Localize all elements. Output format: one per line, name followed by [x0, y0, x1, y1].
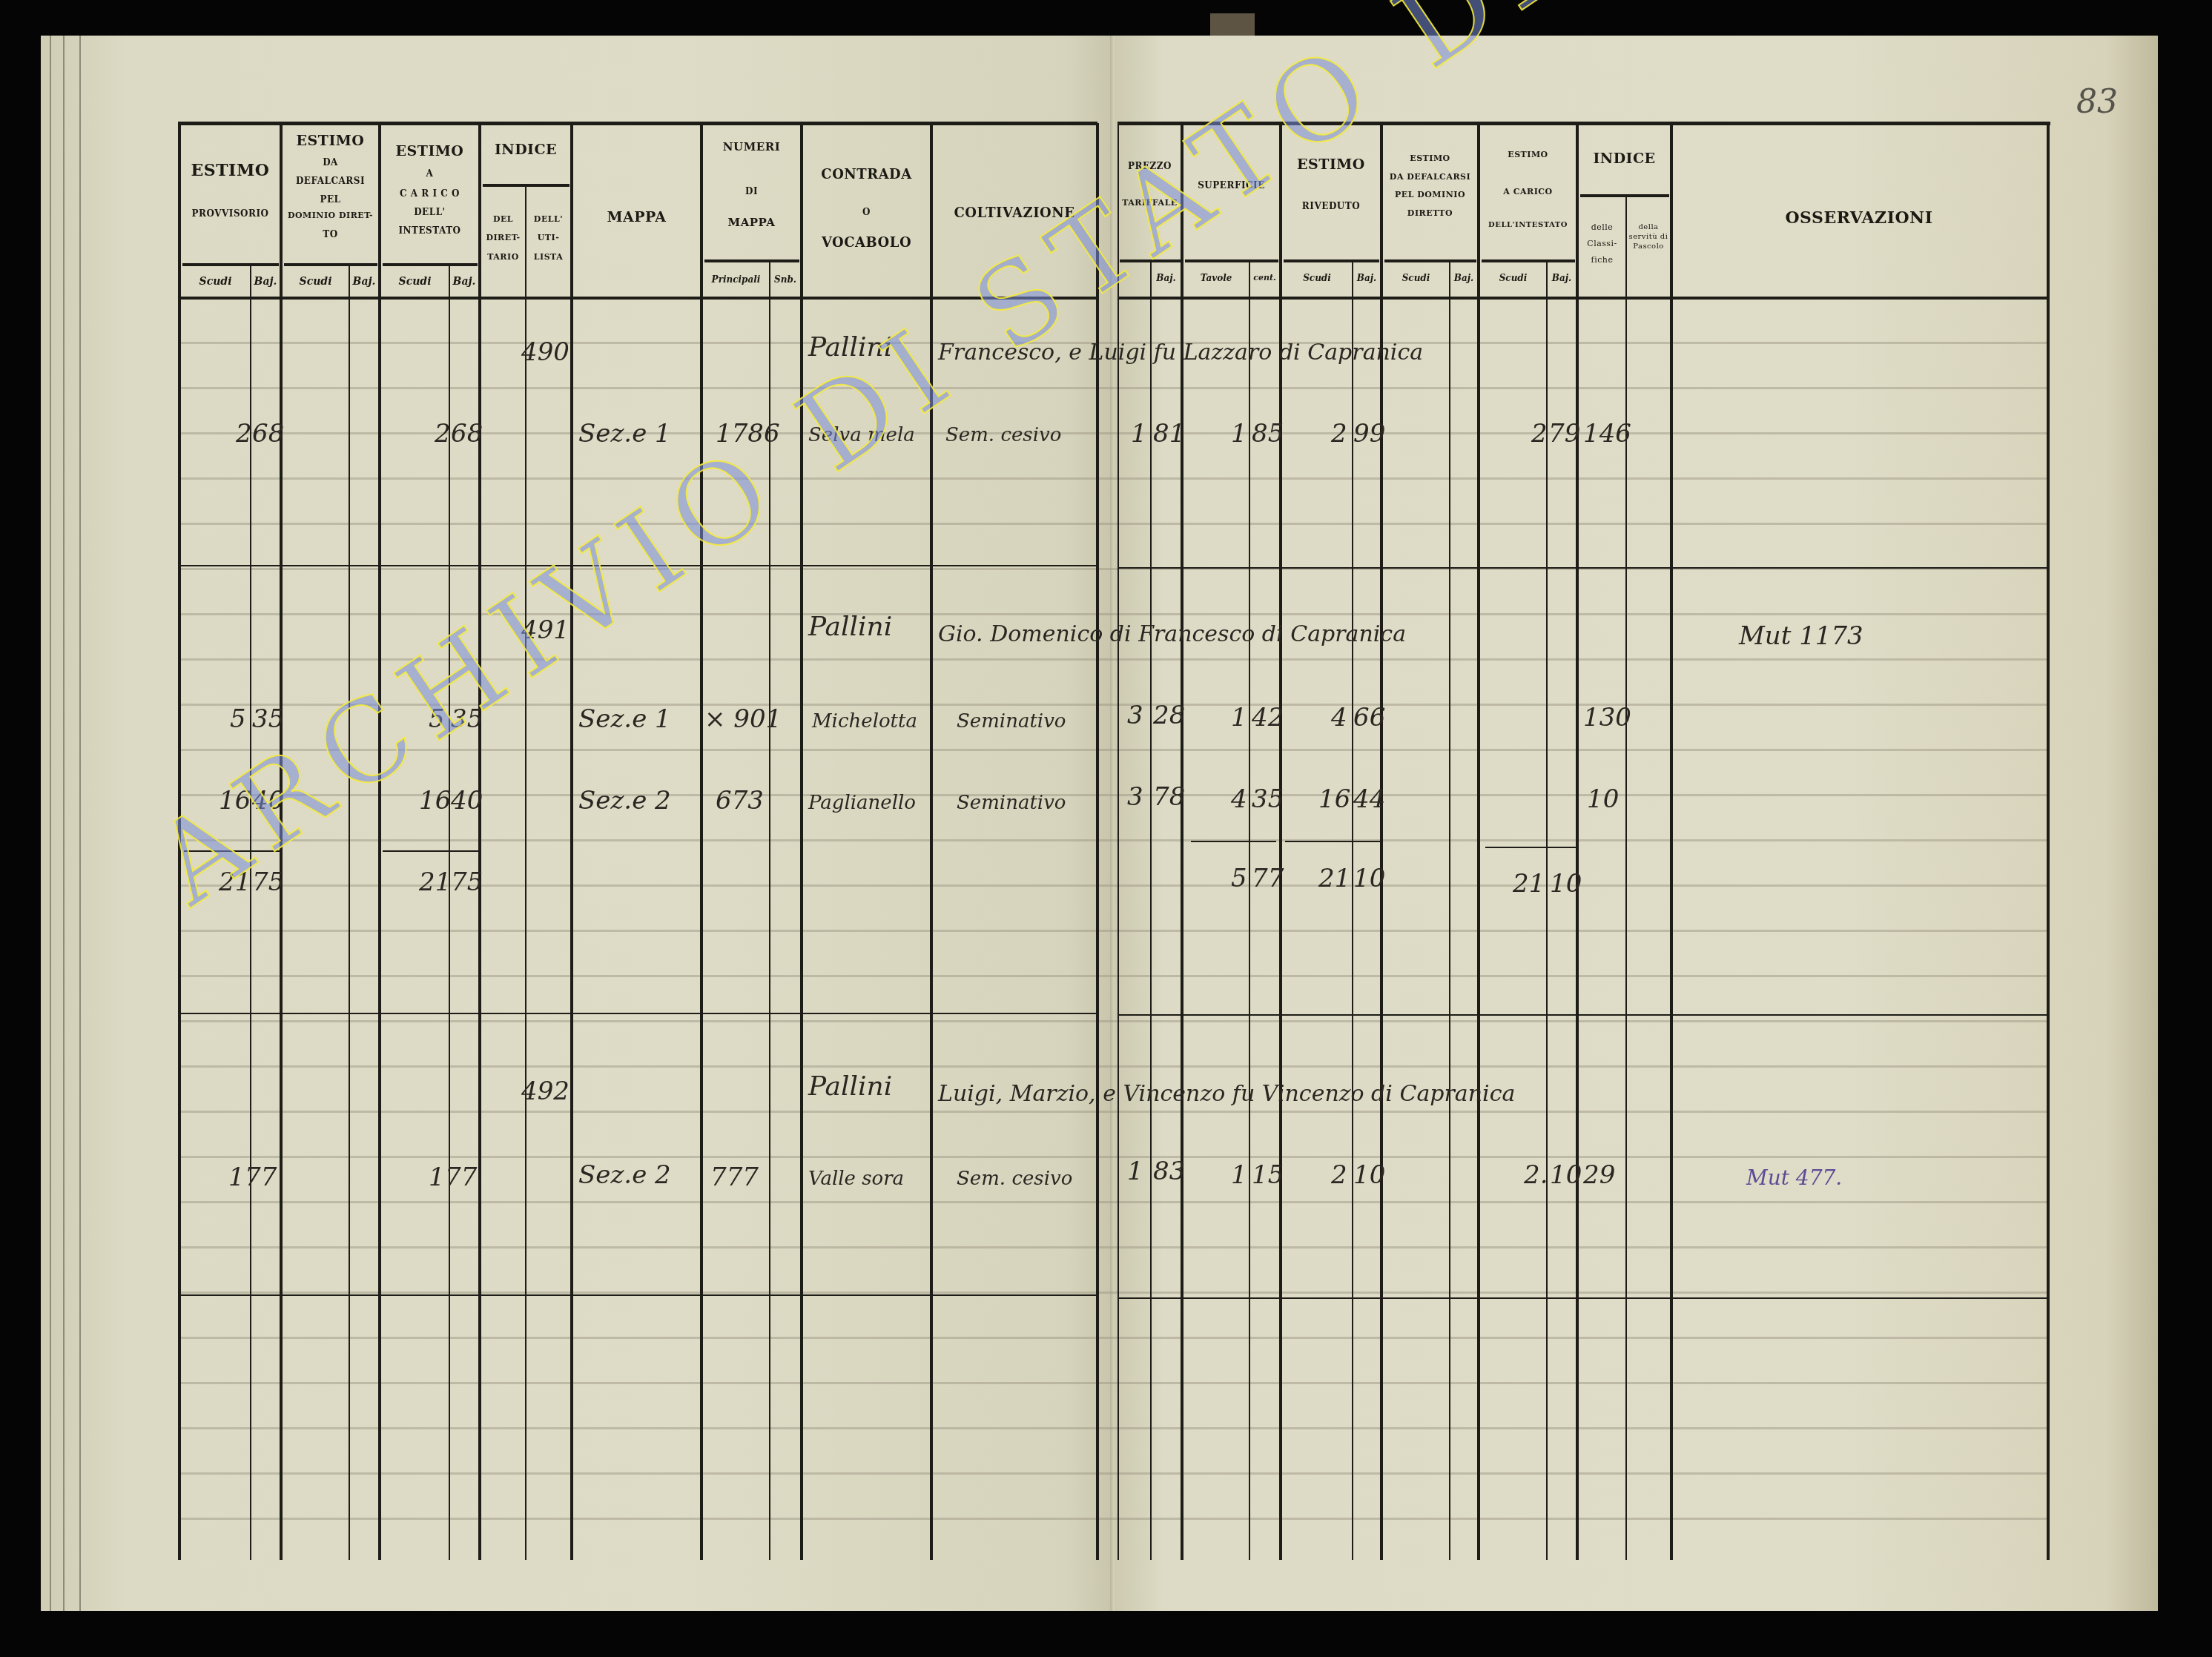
entry-owner: Pallini [808, 612, 892, 642]
cell-indice-classifiche: 130 [1583, 703, 1631, 732]
cell-estimo-prov-scudi: 5 [230, 704, 246, 734]
cell-riveduto-baj: 99 [1353, 419, 1385, 449]
subheader-line [1580, 194, 1669, 197]
subheader-line [182, 263, 279, 266]
page-number: 83 [2076, 83, 2118, 121]
subheader-baj: Baj. [1353, 273, 1380, 283]
header-line: PEL [283, 195, 378, 205]
cell-prezzo-baj: 78 [1153, 782, 1185, 812]
cell-sup-cent: 15 [1252, 1160, 1284, 1190]
header-line: RIVEDUTO [1282, 202, 1380, 212]
column-line [1546, 261, 1548, 1560]
cell-sup-cent: 35 [1252, 784, 1284, 814]
header-numeri-mappa: NUMERI [703, 141, 800, 153]
cell-contrada: Paglianello [808, 792, 916, 814]
cell-mappa: Sez.e 1 [578, 419, 671, 449]
header-line: DOMINIO DIRET- [283, 211, 378, 221]
entry-index: 492 [521, 1076, 569, 1106]
subtotal-rule [1191, 841, 1276, 842]
cell-coltivazione: Sem. cesivo [945, 424, 1061, 446]
subheader-line [1482, 259, 1575, 262]
total-carico-r-baj: 10 [1550, 869, 1582, 899]
cell-sup-tavole: 1 [1231, 419, 1247, 449]
cell-contrada: Valle sora [808, 1168, 904, 1190]
cell-prezzo-scudi: 1 [1131, 419, 1147, 449]
header-contrada: CONTRADA [803, 168, 930, 183]
cell-riveduto-scudi: 2 [1331, 1160, 1347, 1190]
header-line: INTESTATO [381, 226, 478, 237]
entry-owner-detail: Luigi, Marzio, e Vincenzo fu Vincenzo di… [938, 1081, 1515, 1107]
cell-prezzo-scudi: 1 [1127, 1157, 1143, 1186]
cell-riveduto-baj: 10 [1353, 1160, 1385, 1190]
table-top-border [179, 122, 1097, 125]
subheader-scudi: Scudi [1282, 273, 1352, 283]
header-indice: INDICE [481, 142, 570, 159]
subheader-baj: Baj. [1450, 273, 1477, 283]
cell-carico-r-scudi: 2 [1531, 419, 1548, 449]
header-line: DIRETTO [1383, 209, 1477, 219]
cell-prezzo-baj: 28 [1153, 701, 1185, 730]
subheader-scudi: Scudi [1383, 273, 1449, 283]
entry-owner-detail: Gio. Domenico di Francesco di Capranica [938, 621, 1406, 647]
cell-estimo-carico-baj: 68 [451, 419, 483, 449]
cell-estimo-carico-baj: 77 [445, 1162, 477, 1192]
header-line: DELL' [381, 208, 478, 218]
column-line [800, 123, 803, 1560]
subheader-line [1284, 259, 1379, 262]
header-estimo-carico-r: ESTIMO [1480, 151, 1576, 160]
header-line: C A R I C O [381, 189, 478, 199]
column-line [1150, 261, 1152, 1560]
cell-prezzo-baj: 81 [1153, 419, 1185, 449]
column-line [1279, 123, 1282, 1560]
cell-mappa: Sez.e 2 [578, 1160, 671, 1190]
header-estimo-defalcarsi: ESTIMO [283, 133, 378, 150]
header-line: O [803, 208, 930, 218]
cell-mappa: Sez.e 1 [578, 704, 671, 734]
entry-separator [1117, 1014, 2048, 1016]
column-line [1249, 261, 1250, 1560]
column-line [449, 265, 450, 1560]
cell-numero: 777 [710, 1162, 759, 1192]
column-line [1576, 123, 1579, 1560]
column-line [1449, 261, 1450, 1560]
column-line [1380, 123, 1383, 1560]
cell-carico-r-baj: 79 [1548, 419, 1580, 449]
column-line [1352, 261, 1353, 1560]
cell-riveduto-scudi: 2 [1331, 419, 1347, 449]
cell-sup-tavole: 1 [1231, 1160, 1247, 1190]
cell-contrada: Michelotta [812, 710, 917, 732]
subheader-scudi: Scudi [1480, 273, 1546, 283]
column-line [700, 123, 703, 1560]
cell-mappa: Sez.e 2 [578, 786, 671, 816]
column-line [1096, 123, 1099, 1560]
subheader-tavole: Tavole [1183, 273, 1249, 283]
header-mappa: MAPPA [573, 210, 700, 226]
header-indice-right: INDICE [1579, 151, 1670, 168]
header-indice-classifiche: delle Classi- fiche [1579, 219, 1625, 268]
column-line [2047, 123, 2050, 1560]
header-line: A [381, 169, 478, 179]
header-line: DELL'INTESTATO [1480, 221, 1576, 230]
entry-separator [179, 1294, 1097, 1296]
cell-estimo-prov-baj: 77 [245, 1162, 277, 1192]
entry-separator [179, 1013, 1097, 1014]
cell-estimo-carico-scudi: 1 [429, 1162, 445, 1192]
header-line: VOCABOLO [803, 236, 930, 251]
cell-estimo-carico-scudi: 2 [435, 419, 451, 449]
cell-numero: × 901 [704, 704, 782, 734]
header-indice-utilista: DELL' UTI- LISTA [526, 210, 570, 266]
subheader-baj: Baj. [350, 276, 378, 288]
column-line [1181, 123, 1183, 1560]
header-estimo-defalcarsi-r: ESTIMO [1383, 154, 1477, 164]
column-line [349, 265, 350, 1560]
entry-owner: Pallini [808, 1071, 892, 1102]
subtotal-rule [1285, 841, 1380, 842]
cell-estimo-prov-scudi: 1 [228, 1162, 245, 1192]
page-edge [50, 36, 51, 1611]
total-sup-tavole: 5 [1231, 864, 1247, 893]
header-line: A CARICO [1480, 188, 1576, 197]
cell-carico-r-baj: 10 [1550, 1160, 1582, 1190]
cell-prezzo-scudi: 3 [1127, 701, 1143, 730]
cell-prezzo-baj: 83 [1153, 1157, 1185, 1186]
cell-riveduto-baj: 66 [1353, 703, 1385, 732]
cell-estimo-prov-scudi: 2 [236, 419, 252, 449]
header-bottom-line [1117, 297, 2048, 300]
subheader-scudi: Scudi [283, 276, 349, 288]
header-indice-direttario: DEL DIRET- TARIO [481, 210, 525, 266]
cell-riveduto-scudi: 4 [1331, 703, 1347, 732]
column-line [478, 123, 481, 1560]
cell-sup-cent: 85 [1252, 419, 1284, 449]
cell-riveduto-baj: 44 [1353, 784, 1385, 814]
column-line [1670, 123, 1673, 1560]
page-edge [79, 36, 81, 1611]
subheader-baj: Baj. [450, 276, 478, 288]
entry-separator [1117, 1297, 2048, 1299]
cell-prezzo-scudi: 3 [1127, 782, 1143, 812]
ruled-grid [179, 299, 2048, 1559]
cell-carico-r-scudi: 2. [1524, 1160, 1548, 1190]
header-line: MAPPA [703, 216, 800, 229]
subtotal-rule [383, 850, 479, 852]
header-indice-pascolo: della servitù di Pascolo [1627, 222, 1670, 251]
column-line [1477, 123, 1480, 1560]
cell-indice-classifiche: 29 [1583, 1160, 1615, 1190]
header-subtitle: PROVVISORIO [181, 209, 280, 219]
subheader-baj: Baj. [251, 276, 280, 288]
page-edge [63, 36, 65, 1611]
cell-coltivazione: Seminativo [957, 792, 1066, 814]
cell-coltivazione: Seminativo [957, 710, 1066, 732]
column-line [525, 185, 526, 1560]
subtotal-rule [1485, 847, 1576, 848]
total-sup-cent: 77 [1252, 864, 1284, 893]
subheader-line [284, 263, 377, 266]
cell-indice-classifiche: 10 [1587, 784, 1619, 814]
header-line: TO [283, 230, 378, 240]
subheader-line [704, 259, 799, 262]
subheader-scudi: Scudi [181, 276, 250, 288]
header-line: DEFALCARSI [283, 176, 378, 187]
header-estimo-provvisorio: ESTIMO [181, 162, 280, 180]
subheader-line [383, 263, 478, 266]
total-estimo-carico-baj: 75 [451, 867, 483, 897]
column-line [570, 123, 573, 1560]
subheader-principali: Principali [703, 274, 769, 285]
cell-numero: 673 [716, 786, 764, 816]
column-line [1117, 123, 1119, 1560]
cell-sup-tavole: 1 [1231, 703, 1247, 732]
header-line: DA [283, 158, 378, 168]
cell-riveduto-scudi: 16 [1318, 784, 1350, 814]
header-line: DA DEFALCARSI [1383, 173, 1477, 182]
total-carico-r-scudi: 21 [1513, 869, 1545, 899]
entry-index: 490 [521, 337, 569, 367]
column-line [1625, 196, 1627, 1560]
cell-coltivazione: Sem. cesivo [957, 1168, 1072, 1190]
total-riveduto-scudi: 21 [1318, 864, 1350, 893]
column-line [378, 123, 381, 1560]
header-line: DI [703, 187, 800, 197]
header-estimo-carico: ESTIMO [381, 144, 478, 160]
cell-estimo-prov-baj: 68 [252, 419, 284, 449]
subheader-cent: cent. [1250, 273, 1279, 282]
total-riveduto-baj: 10 [1353, 864, 1385, 893]
subheader-baj: Baj. [1548, 273, 1576, 283]
header-line: PEL DOMINIO [1383, 191, 1477, 200]
subheader-sub: Snb. [770, 274, 800, 285]
cell-estimo-carico-scudi: 16 [419, 786, 451, 816]
entry-osservazioni: Mut 477. [1746, 1165, 1842, 1190]
cell-sup-cent: 42 [1252, 703, 1284, 732]
entry-separator [1117, 567, 2048, 569]
total-estimo-carico-scudi: 21 [419, 867, 451, 897]
column-line [250, 265, 251, 1560]
subheader-scudi: Scudi [381, 276, 449, 288]
subheader-line [1384, 259, 1476, 262]
cell-indice-classifiche: 146 [1583, 419, 1631, 449]
cell-estimo-carico-baj: 40 [451, 786, 483, 816]
entry-osservazioni: Mut 1173 [1739, 621, 1863, 651]
header-osservazioni: OSSERVAZIONI [1671, 209, 2047, 228]
cell-sup-tavole: 4 [1231, 784, 1247, 814]
